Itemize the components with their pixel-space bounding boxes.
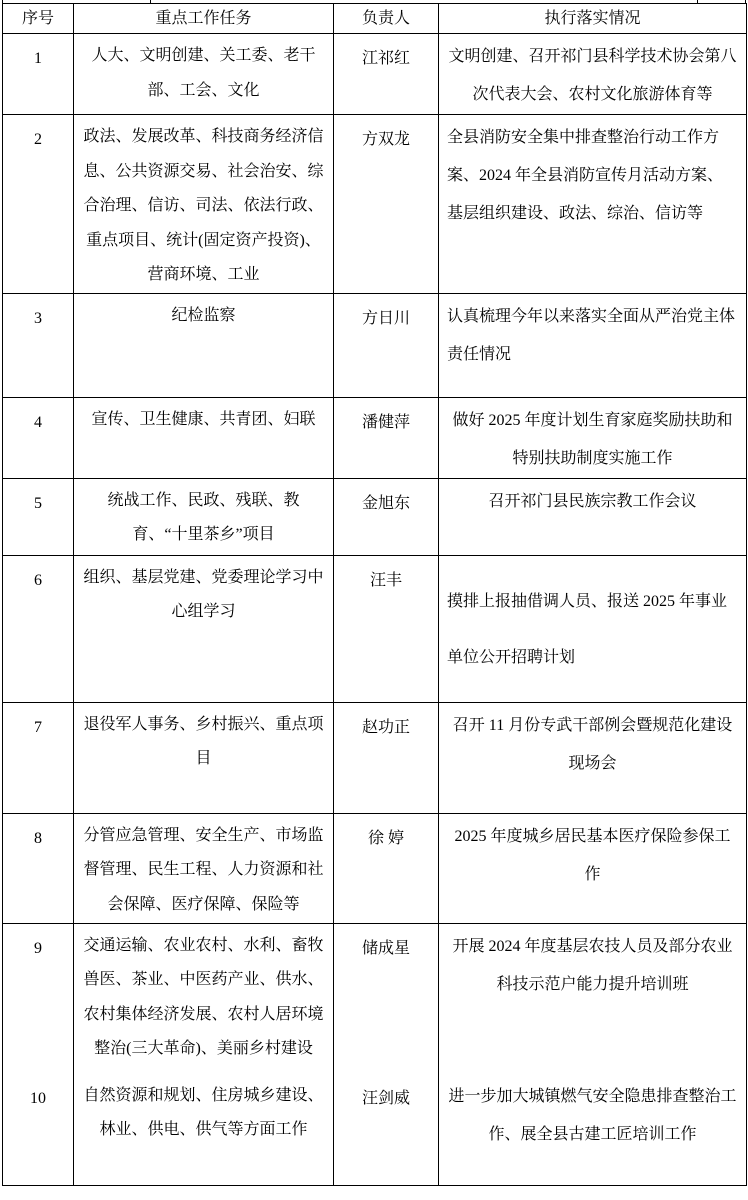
table-row: 3 纪检监察 方日川 认真梳理今年以来落实全面从严治党主体责任情况 [3, 293, 747, 397]
row-status: 开展 2024 年度基层农技人员及部分农业科技示范户能力提升培训班 [447, 928, 738, 1078]
row-status: 召开祁门县民族宗教工作会议 [439, 478, 747, 555]
table-row: 8 分管应急管理、安全生产、市场监督管理、民生工程、人力资源和社会保障、医疗保障… [3, 813, 747, 923]
row-task: 交通运输、农业农村、水利、畜牧兽医、茶业、中医药产业、供水、农村集体经济发展、农… [80, 929, 327, 1079]
row-task: 退役军人事务、乡村振兴、重点项目 [74, 702, 334, 813]
row-task: 分管应急管理、安全生产、市场监督管理、民生工程、人力资源和社会保障、医疗保障、保… [74, 813, 334, 923]
row-person: 方日川 [334, 293, 439, 397]
row-number: 6 [3, 555, 74, 702]
table-row: 5 统战工作、民政、残联、教育、“十里茶乡”项目 金旭东 召开祁门县民族宗教工作… [3, 478, 747, 555]
row-task: 自然资源和规划、住房城乡建设、林业、供电、供气等方面工作 [80, 1079, 327, 1148]
table-row: 1 人大、文明创建、关工委、老干部、工会、文化 江祁红 文明创建、召开祁门县科学… [3, 34, 747, 115]
row-status: 召开 11 月份专武干部例会暨规范化建设现场会 [439, 702, 747, 813]
row-number: 8 [3, 813, 74, 923]
row-task: 纪检监察 [74, 293, 334, 397]
row-person: 江祁红 [334, 34, 439, 115]
row-task: 人大、文明创建、关工委、老干部、工会、文化 [74, 34, 334, 115]
row-status-group: 开展 2024 年度基层农技人员及部分农业科技示范户能力提升培训班 进一步加大城… [439, 923, 747, 1185]
row-status: 摸排上报抽借调人员、报送 2025 年事业单位公开招聘计划 [439, 555, 747, 702]
table-row: 6 组织、基层党建、党委理论学习中心组学习 汪丰 摸排上报抽借调人员、报送 20… [3, 555, 747, 702]
row-number: 5 [3, 478, 74, 555]
row-person: 金旭东 [334, 478, 439, 555]
row-status: 进一步加大城镇燃气安全隐患排查整治工作、展全县古建工匠培训工作 [447, 1078, 738, 1154]
row-person: 汪丰 [334, 555, 439, 702]
row-person: 方双龙 [334, 115, 439, 294]
row-status: 文明创建、召开祁门县科学技术协会第八次代表大会、农村文化旅游体育等 [439, 34, 747, 115]
row-person: 赵功正 [334, 702, 439, 813]
row-number-group: 9 10 [3, 923, 74, 1185]
row-status: 做好 2025 年度计划生育家庭奖励扶助和特别扶助制度实施工作 [439, 397, 747, 478]
document-page: 序号 重点工作任务 负责人 执行落实情况 1 人大、文明创建、关工委、老干部、工… [0, 0, 748, 1200]
row-number: 2 [3, 115, 74, 294]
row-number: 7 [3, 702, 74, 813]
header-status: 执行落实情况 [439, 4, 747, 34]
row-number: 3 [3, 293, 74, 397]
row-status: 认真梳理今年以来落实全面从严治党主体责任情况 [439, 293, 747, 397]
row-person: 徐 婷 [334, 813, 439, 923]
table-row: 7 退役军人事务、乡村振兴、重点项目 赵功正 召开 11 月份专武干部例会暨规范… [3, 702, 747, 813]
row-person: 储成星 [335, 932, 437, 1082]
row-number: 4 [3, 397, 74, 478]
row-task: 统战工作、民政、残联、教育、“十里茶乡”项目 [74, 478, 334, 555]
row-task: 宣传、卫生健康、共青团、妇联 [74, 397, 334, 478]
table-row: 4 宣传、卫生健康、共青团、妇联 潘健萍 做好 2025 年度计划生育家庭奖励扶… [3, 397, 747, 478]
table-row-merged-9-10: 9 10 交通运输、农业农村、水利、畜牧兽医、茶业、中医药产业、供水、农村集体经… [3, 923, 747, 1185]
header-no: 序号 [3, 4, 74, 34]
header-person: 负责人 [334, 4, 439, 34]
row-number: 1 [3, 34, 74, 115]
row-status: 2025 年度城乡居民基本医疗保险参保工作 [439, 813, 747, 923]
work-task-table: 序号 重点工作任务 负责人 执行落实情况 1 人大、文明创建、关工委、老干部、工… [2, 3, 747, 1186]
row-person: 潘健萍 [334, 397, 439, 478]
row-task-group: 交通运输、农业农村、水利、畜牧兽医、茶业、中医药产业、供水、农村集体经济发展、农… [74, 923, 334, 1185]
row-task: 组织、基层党建、党委理论学习中心组学习 [74, 555, 334, 702]
header-task: 重点工作任务 [74, 4, 334, 34]
row-number: 10 [4, 1082, 72, 1116]
row-person: 汪剑威 [335, 1082, 437, 1116]
row-number: 9 [4, 932, 72, 1082]
row-person-group: 储成星 汪剑威 [334, 923, 439, 1185]
row-status: 全县消防安全集中排查整治行动工作方案、2024 年全县消防宣传月活动方案、基层组… [439, 115, 747, 294]
table-header-row: 序号 重点工作任务 负责人 执行落实情况 [3, 4, 747, 34]
row-task: 政法、发展改革、科技商务经济信息、公共资源交易、社会治安、综合治理、信访、司法、… [74, 115, 334, 294]
table-row: 2 政法、发展改革、科技商务经济信息、公共资源交易、社会治安、综合治理、信访、司… [3, 115, 747, 294]
